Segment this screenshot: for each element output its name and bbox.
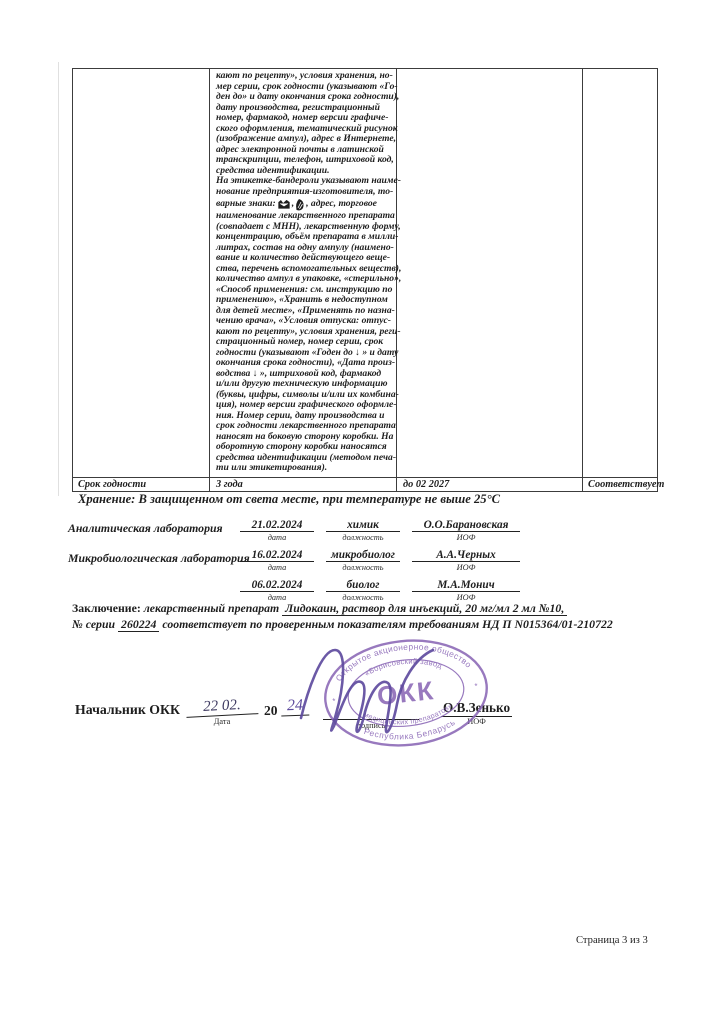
lab-person-label: ИОФ: [412, 563, 520, 572]
conclusion-line-2: № серии 260224 соответствует по проверен…: [72, 617, 613, 632]
lab-date-value: 21.02.2024: [240, 519, 314, 532]
shelf-life-spec: 3 года: [216, 479, 243, 490]
lab-person-label: ИОФ: [412, 533, 520, 542]
shelf-life-result: до 02 2027: [403, 479, 449, 490]
lab-row-analytical: Аналитическая лаборатория 21.02.2024 дат…: [0, 519, 724, 549]
lab-role-value: биолог: [326, 579, 400, 592]
packaging-spec-lines-2: наименование лекарственного препарата(со…: [216, 211, 390, 474]
shelf-life-conclusion: Соответствует: [588, 479, 664, 490]
lab-role-field: микробиолог должность: [326, 549, 400, 572]
lab-person-value: М.А.Монич: [412, 579, 520, 592]
lab-person-value: А.А.Черных: [412, 549, 520, 562]
lab-person-field: А.А.Черных ИОФ: [412, 549, 520, 572]
trademark-line-suffix: , адрес, торговое: [306, 199, 377, 210]
date-label: Дата: [186, 717, 258, 726]
lab-role-field: химик должность: [326, 519, 400, 542]
lab-date-field: 06.02.2024 дата: [240, 579, 314, 602]
table-col-divider-3: [582, 68, 583, 492]
lab-role-value: химик: [326, 519, 400, 532]
lab-date-label: дата: [240, 533, 314, 542]
packaging-spec-cell: кают по рецепту», условия хранения, но-м…: [216, 71, 390, 474]
trademark-separator: ,: [292, 199, 294, 210]
conclusion-label: Заключение:: [72, 601, 141, 615]
trademark-line: варные знаки: , , адрес, торговое: [216, 197, 390, 211]
signoff-date-field: 22 02. Дата: [186, 698, 258, 726]
lab-date-label: дата: [240, 563, 314, 572]
conclusion-line-1: Заключение: лекарственный препарат Лидок…: [72, 601, 567, 616]
lab-role-label: должность: [326, 533, 400, 542]
lab-date-value: 06.02.2024: [240, 579, 314, 592]
lab-name: Микробиологическая лаборатория: [68, 551, 250, 566]
lab-date-field: 16.02.2024 дата: [240, 549, 314, 572]
stamp-right-star: *: [474, 681, 478, 690]
lab-person-field: М.А.Монич ИОФ: [412, 579, 520, 602]
trademark-line-prefix: варные знаки:: [216, 199, 276, 210]
table-col-divider-1: [209, 68, 210, 492]
factory-trademark-icon: [277, 198, 291, 210]
quality-table: кают по рецепту», условия хранения, но-м…: [72, 68, 658, 492]
lab-date-value: 16.02.2024: [240, 549, 314, 562]
lab-date-field: 21.02.2024 дата: [240, 519, 314, 542]
lab-row-microbiological: Микробиологическая лаборатория 16.02.202…: [0, 549, 724, 579]
packaging-spec-lines-1: кают по рецепту», условия хранения, но-м…: [216, 71, 390, 197]
series-number: 260224: [118, 617, 159, 632]
okk-head-title: Начальник ОКК: [75, 702, 180, 718]
lab-role-field: биолог должность: [326, 579, 400, 602]
table-border-left: [72, 68, 73, 492]
handwritten-date: 22 02.: [186, 696, 259, 718]
lab-person-value: О.О.Барановская: [412, 519, 520, 532]
lab-person-field: О.О.Барановская ИОФ: [412, 519, 520, 542]
table-border-right: [657, 68, 658, 492]
leaf-trademark-icon: [295, 198, 305, 211]
lab-name: Аналитическая лаборатория: [68, 521, 223, 536]
table-row-divider: [72, 477, 658, 478]
conclusion-text-plain: лекарственный препарат: [144, 601, 279, 615]
conclusion-compliance-text: соответствует по проверенным показателям…: [162, 617, 612, 631]
shelf-life-parameter: Срок годности: [78, 479, 146, 490]
conclusion-drug-name: Лидокаин, раствор для инъекций, 20 мг/мл…: [282, 601, 567, 616]
series-label: № серии: [72, 617, 115, 631]
handwritten-signature: [293, 638, 453, 743]
lab-role-value: микробиолог: [326, 549, 400, 562]
lab-role-label: должность: [326, 563, 400, 572]
year-prefix: 20: [264, 703, 278, 719]
page-number: Страница 3 из 3: [576, 935, 648, 946]
document-page: кают по рецепту», условия хранения, но-м…: [0, 0, 724, 1024]
storage-conditions-line: Хранение: В защищенном от света месте, п…: [78, 492, 500, 507]
scan-artifact-line: [58, 62, 59, 496]
